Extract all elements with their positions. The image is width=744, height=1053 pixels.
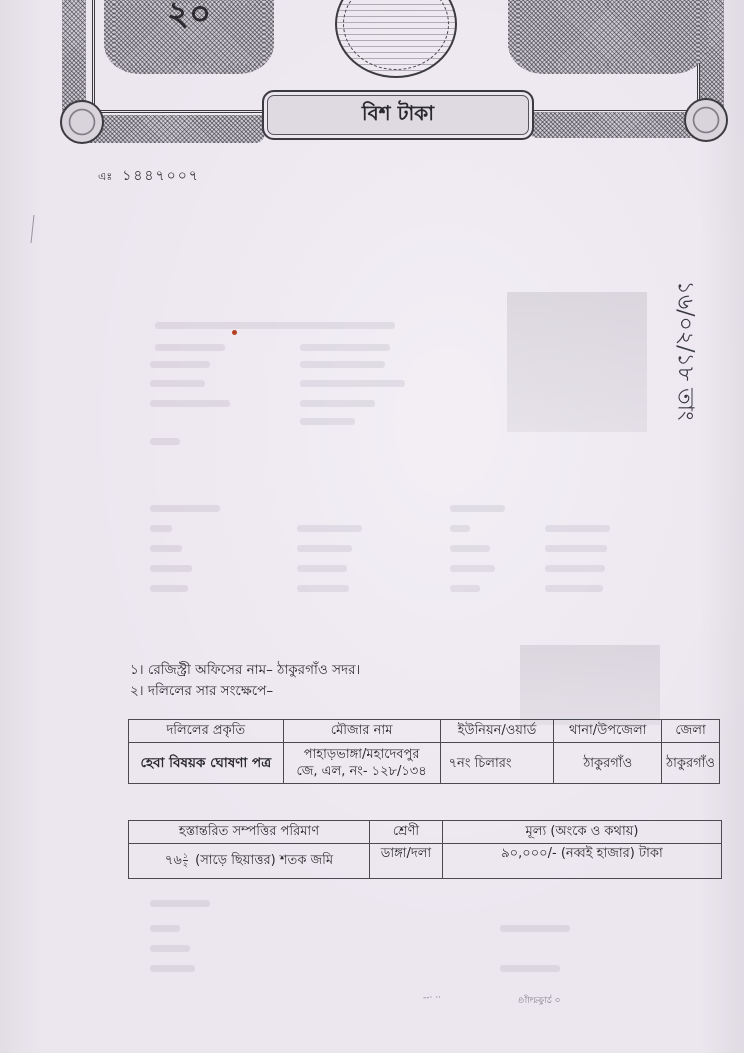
ornament-corner-left-icon — [60, 100, 104, 144]
serial-prefix: এঃ — [98, 170, 112, 183]
mouza-name: পাহাড়ভাঙ্গা/মহাদেবপুর — [288, 746, 436, 763]
ghost-line — [300, 361, 385, 368]
ghost-line — [150, 361, 210, 368]
stamp-serial: এঃ১৪৪৭০০৭ — [98, 164, 200, 188]
cell-thana: ঠাকুরগাঁও — [554, 743, 662, 784]
handwritten-date: ১৬/০২/১৮ তাং — [664, 300, 704, 400]
table-row: হেবা বিষয়ক ঘোষণা পত্র পাহাড়ভাঙ্গা/মহাদ… — [129, 743, 720, 784]
ghost-line — [450, 565, 495, 572]
ghost-line — [150, 945, 190, 952]
ghost-line — [155, 344, 225, 351]
ghost-line — [150, 965, 195, 972]
cell-district: ঠাকুরগাঁও — [662, 743, 720, 784]
ghost-line — [297, 545, 352, 552]
ghost-line — [300, 380, 405, 387]
ghost-line — [150, 545, 182, 552]
amount-text: (সাড়ে ছিয়াত্তর) শতক জমি — [195, 853, 333, 868]
ghost-line — [150, 565, 192, 572]
cell-property-amount: ৭৬১২ (সাড়ে ছিয়াত্তর) শতক জমি — [129, 844, 370, 879]
ghost-line — [150, 438, 180, 445]
ghost-line — [545, 525, 610, 532]
header-union: ইউনিয়ন/ওয়ার্ড — [440, 720, 554, 743]
ghost-line — [297, 585, 349, 592]
header-property-amount: হস্তান্তরিত সম্পত্তির পরিমাণ — [129, 821, 370, 844]
handwritten-date-text: ১৬/০২/১৮ তাং — [666, 280, 703, 420]
ink-spot — [232, 330, 237, 335]
ghost-line — [545, 585, 603, 592]
header-district: জেলা — [662, 720, 720, 743]
ghost-photo-1 — [507, 292, 647, 432]
denomination-cartouche-right — [508, 0, 708, 74]
ghost-line — [297, 525, 362, 532]
header-mouza: মৌজার নাম — [283, 720, 440, 743]
table-header-row: দলিলের প্রকৃতি মৌজার নাম ইউনিয়ন/ওয়ার্ড… — [129, 720, 720, 743]
ghost-line — [150, 585, 188, 592]
fraction-numerator: ১ — [183, 852, 188, 860]
mouza-jl-number: জে, এল, নং- ১২৮/১৩৪ — [288, 763, 436, 780]
ghost-line — [450, 525, 470, 532]
ghost-line — [150, 380, 205, 387]
ghost-line — [450, 585, 480, 592]
ghost-line — [500, 965, 560, 972]
cell-deed-type: হেবা বিষয়ক ঘোষণা পত্র — [129, 743, 284, 784]
ghost-line — [155, 322, 395, 329]
ghost-line — [300, 400, 375, 407]
item-number: ১। — [130, 662, 144, 678]
footer-ghost-text: ০ ঠাকুরগাঁও — [518, 993, 561, 1008]
deed-summary-line: ২। দলিলের সার সংক্ষেপে– — [130, 680, 273, 703]
property-details-table: হস্তান্তরিত সম্পত্তির পরিমাণ শ্রেণী মূল্… — [128, 820, 722, 879]
ghost-line — [450, 505, 505, 512]
cell-class: ডাঙ্গা/দলা — [370, 844, 443, 879]
footer-ghost-text: --· ·· — [423, 993, 441, 1003]
ghost-photo-2 — [520, 645, 660, 725]
header-thana: থানা/উপজেলা — [554, 720, 662, 743]
header-deed-type: দলিলের প্রকৃতি — [129, 720, 284, 743]
ghost-line — [500, 925, 570, 932]
ghost-line — [150, 925, 180, 932]
table-row: ৭৬১২ (সাড়ে ছিয়াত্তর) শতক জমি ডাঙ্গা/দল… — [129, 844, 722, 879]
denomination-numeral: ২০ — [114, 0, 264, 45]
amount-fraction: ১২ — [183, 852, 188, 869]
ghost-line — [300, 344, 390, 351]
item-number: ২। — [130, 683, 144, 699]
ghost-line — [545, 565, 605, 572]
ornament-corner-right-icon — [684, 98, 728, 142]
ghost-line — [545, 545, 607, 552]
amount-whole: ৭৬ — [165, 853, 182, 868]
ghost-line — [300, 418, 355, 425]
table-header-row: হস্তান্তরিত সম্পত্তির পরিমাণ শ্রেণী মূল্… — [129, 821, 722, 844]
item-text: রেজিস্ট্রী অফিসের নাম– ঠাকুরগাঁও সদর। — [148, 662, 360, 678]
cell-value: ৯০,০০০/- (নব্বই হাজার) টাকা — [443, 844, 722, 879]
stamp-header: ২০ বিশ টাকা — [0, 0, 744, 160]
deed-details-table: দলিলের প্রকৃতি মৌজার নাম ইউনিয়ন/ওয়ার্ড… — [128, 719, 720, 784]
stamp-value-plate: বিশ টাকা — [262, 90, 534, 140]
serial-number: ১৪৪৭০০৭ — [122, 168, 200, 184]
stamp-value-text: বিশ টাকা — [362, 99, 434, 132]
ghost-line — [150, 525, 172, 532]
ghost-line — [150, 900, 210, 907]
ghost-line — [450, 545, 490, 552]
cell-mouza: পাহাড়ভাঙ্গা/মহাদেবপুর জে, এল, নং- ১২৮/১… — [283, 743, 440, 784]
cell-union: ৭নং চিলারং — [440, 743, 554, 784]
ghost-line — [150, 400, 230, 407]
header-value: মূল্য (অংকে ও কথায়) — [443, 821, 722, 844]
item-text: দলিলের সার সংক্ষেপে– — [148, 683, 273, 699]
fraction-denominator: ২ — [183, 860, 188, 869]
registry-office-line: ১। রেজিস্ট্রী অফিসের নাম– ঠাকুরগাঁও সদর। — [130, 659, 360, 682]
denomination-cartouche-left: ২০ — [104, 0, 274, 74]
ghost-line — [297, 565, 347, 572]
header-class: শ্রেণী — [370, 821, 443, 844]
ghost-line — [150, 505, 220, 512]
